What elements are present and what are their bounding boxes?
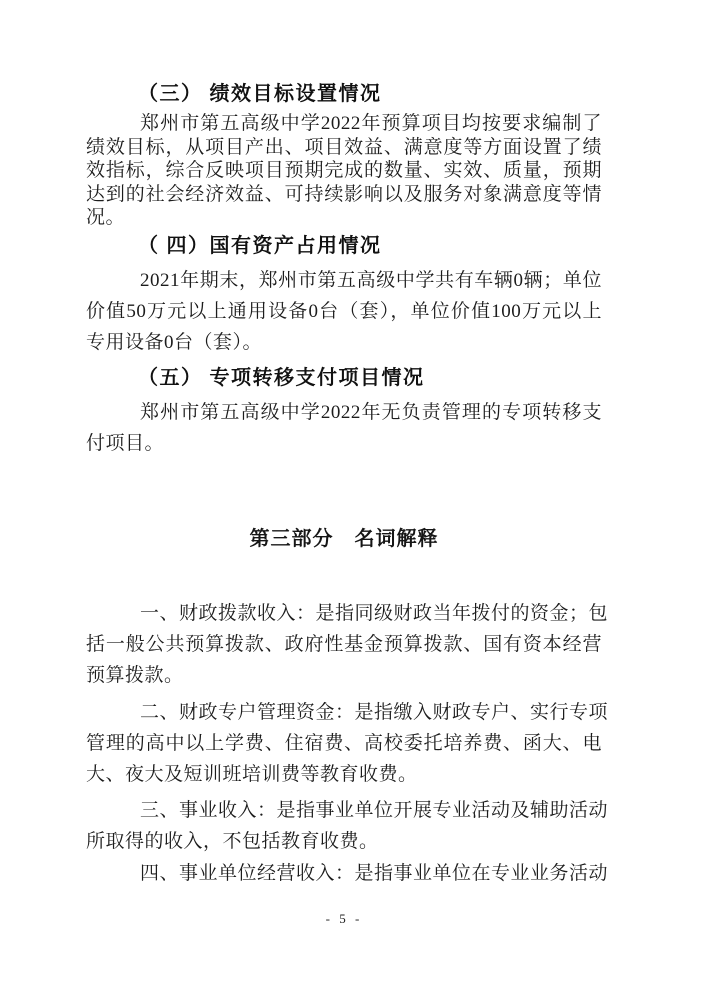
paragraph-line: 所取得的收入，不包括教育收费。: [86, 826, 602, 857]
paragraph-special-transfer: 郑州市第五高级中学2022年无负责管理的专项转移支 付项目。: [86, 397, 602, 459]
paragraph-term-business-income: 三、事业收入：是指事业单位开展专业活动及辅助活动 所取得的收入，不包括教育收费。: [86, 795, 602, 857]
section-heading-special-transfer: （五） 专项转移支付项目情况: [86, 366, 602, 390]
paragraph-line: 一、财政拨款收入：是指同级财政当年拨付的资金；包: [86, 598, 602, 629]
paragraph-line: 绩效目标，从项目产出、项目效益、满意度等方面设置了绩: [86, 136, 602, 160]
page-number: - 5 -: [86, 911, 602, 927]
paragraph-line: 四、事业单位经营收入：是指事业单位在专业业务活动: [86, 858, 602, 889]
paragraph-line: 三、事业收入：是指事业单位开展专业活动及辅助活动: [86, 795, 602, 826]
paragraph-term-operating-income: 四、事业单位经营收入：是指事业单位在专业业务活动: [86, 858, 602, 889]
paragraph-line: 效指标，综合反映项目预期完成的数量、实效、质量，预期: [86, 159, 602, 183]
section-heading-state-assets: （ 四）国有资产占用情况: [86, 234, 602, 258]
paragraph-line: 二、财政专户管理资金：是指缴入财政专户、实行专项: [86, 697, 602, 728]
paragraph-line: 况。: [86, 206, 602, 230]
paragraph-line: 2021年期末，郑州市第五高级中学共有车辆0辆；单位: [86, 265, 602, 296]
paragraph-line: 付项目。: [86, 428, 602, 459]
paragraph-line: 管理的高中以上学费、住宿费、高校委托培养费、函大、电: [86, 728, 602, 759]
page-content: （三） 绩效目标设置情况 郑州市第五高级中学2022年预算项目均按要求编制了 绩…: [86, 82, 602, 927]
paragraph-term-fiscal-special-account: 二、财政专户管理资金：是指缴入财政专户、实行专项 管理的高中以上学费、住宿费、高…: [86, 697, 602, 790]
paragraph-term-fiscal-appropriation: 一、财政拨款收入：是指同级财政当年拨付的资金；包 括一般公共预算拨款、政府性基金…: [86, 598, 602, 691]
paragraph-state-assets: 2021年期末，郑州市第五高级中学共有车辆0辆；单位 价值50万元以上通用设备0…: [86, 265, 602, 358]
paragraph-line: 括一般公共预算拨款、政府性基金预算拨款、国有资本经营: [86, 629, 602, 660]
paragraph-line: 预算拨款。: [86, 660, 602, 691]
paragraph-line: 价值50万元以上通用设备0台（套），单位价值100万元以上: [86, 296, 602, 327]
paragraph-performance-goals: 郑州市第五高级中学2022年预算项目均按要求编制了 绩效目标，从项目产出、项目效…: [86, 112, 602, 230]
document-page: （三） 绩效目标设置情况 郑州市第五高级中学2022年预算项目均按要求编制了 绩…: [0, 0, 707, 1000]
paragraph-line: 专用设备0台（套）。: [86, 327, 602, 358]
section-heading-performance-goals: （三） 绩效目标设置情况: [86, 82, 602, 106]
paragraph-line: 达到的社会经济效益、可持续影响以及服务对象满意度等情: [86, 183, 602, 207]
part3-title: 第三部分 名词解释: [86, 525, 602, 553]
paragraph-line: 郑州市第五高级中学2022年预算项目均按要求编制了: [86, 112, 602, 136]
paragraph-line: 郑州市第五高级中学2022年无负责管理的专项转移支: [86, 397, 602, 428]
paragraph-line: 大、夜大及短训班培训费等教育收费。: [86, 759, 602, 790]
